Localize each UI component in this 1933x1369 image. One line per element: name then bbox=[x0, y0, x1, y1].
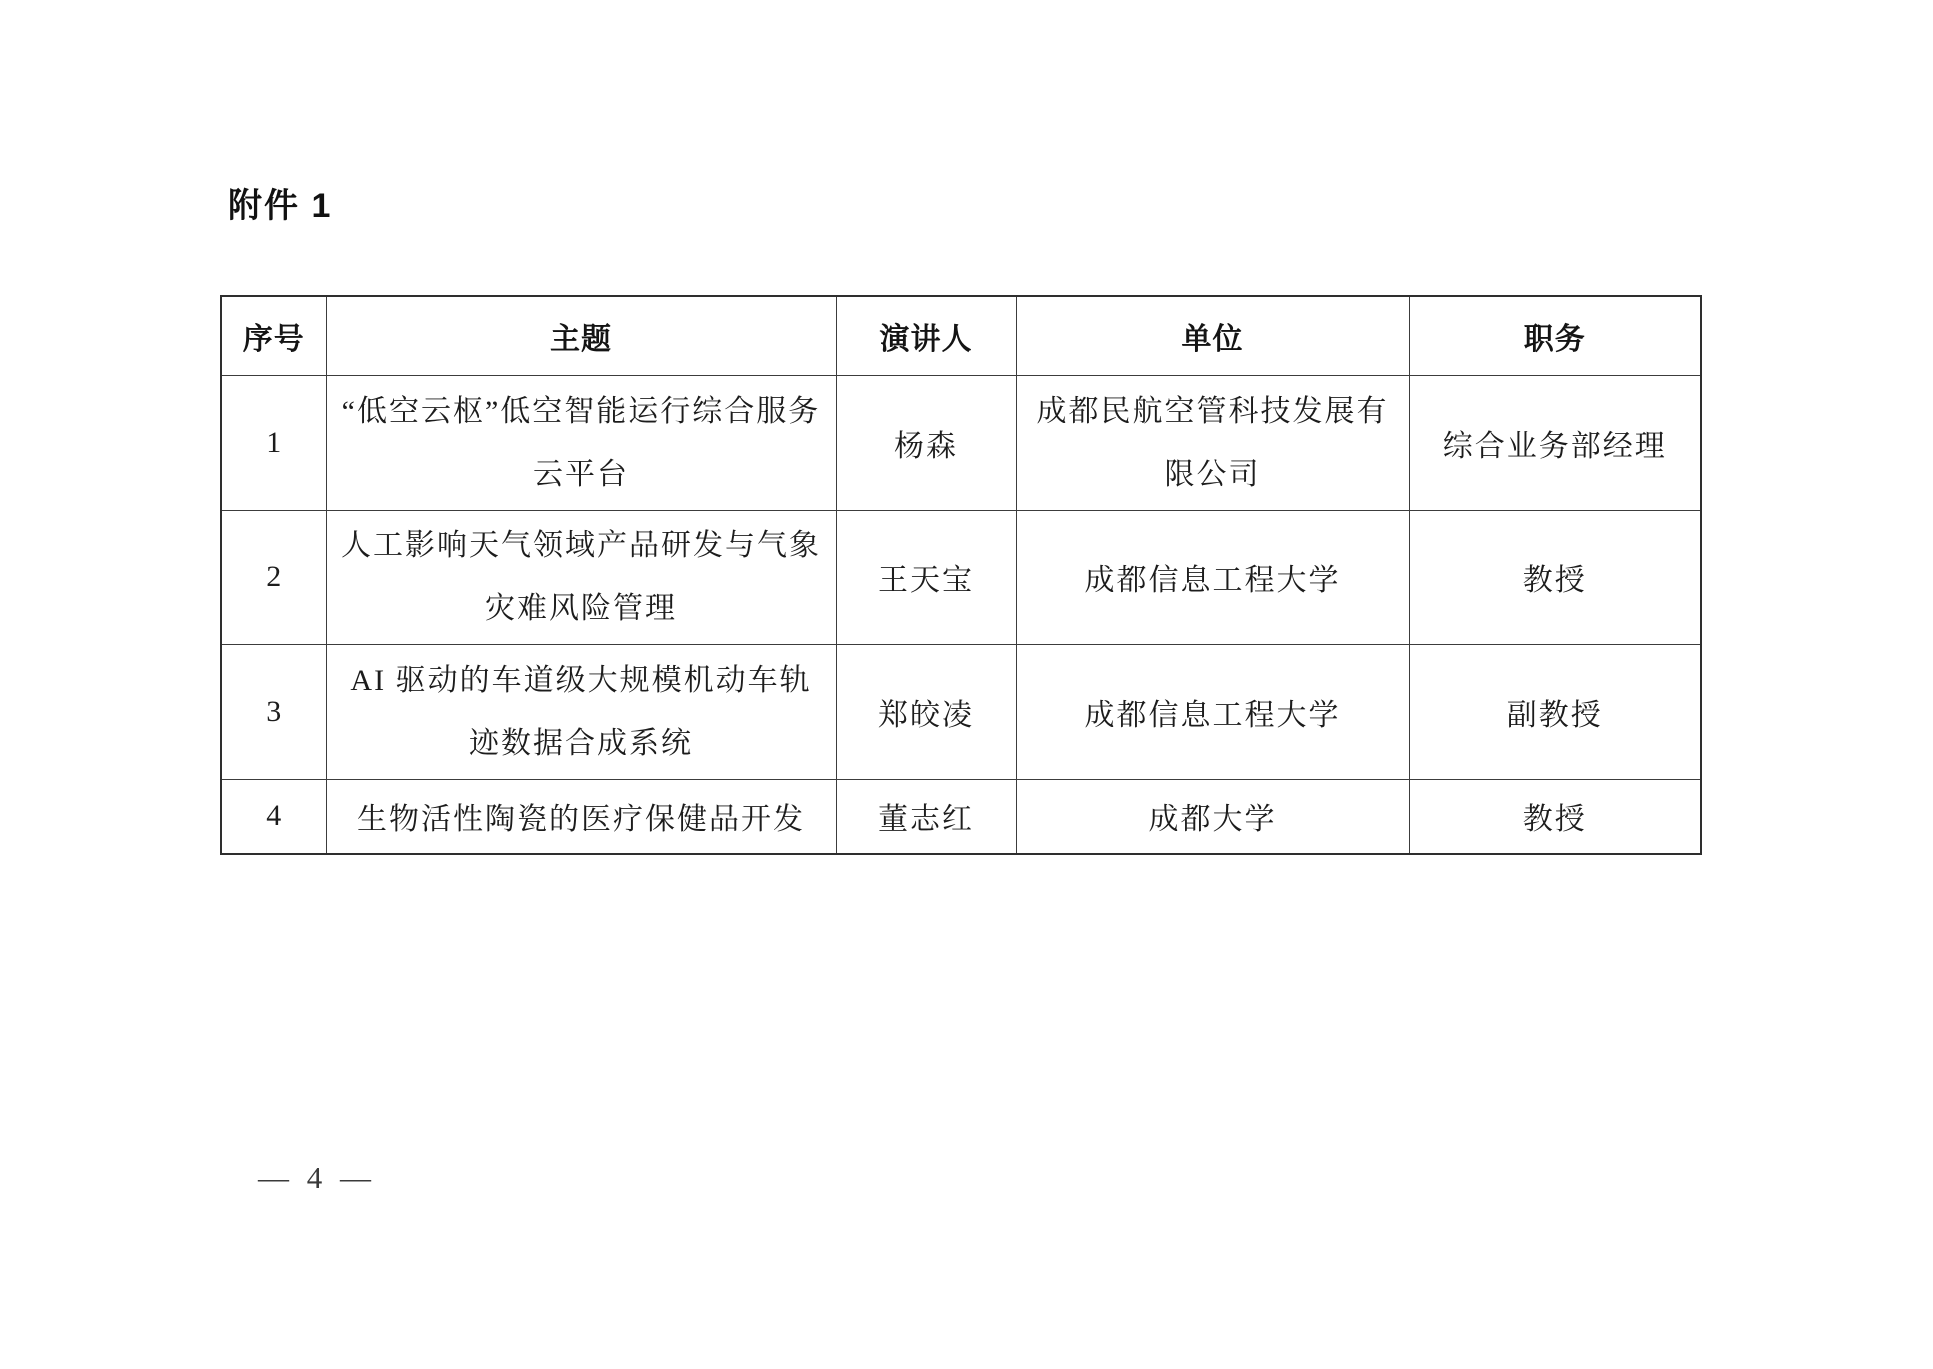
document-page: 附件 1 序号 主题 演讲人 单位 职务 1 “低空云枢”低空智能运行综合服务 … bbox=[0, 0, 1933, 1369]
topic-line: 迹数据合成系统 bbox=[469, 712, 693, 775]
topic-cell: “低空云枢”低空智能运行综合服务 云平台 bbox=[326, 375, 836, 510]
topic-line: 云平台 bbox=[533, 443, 629, 506]
header-cell-role: 职务 bbox=[1409, 296, 1701, 375]
role-name: 副教授 bbox=[1409, 644, 1701, 779]
speaker-name: 董志红 bbox=[836, 779, 1016, 854]
header-cell-speaker: 演讲人 bbox=[836, 296, 1016, 375]
row-number: 1 bbox=[221, 375, 326, 510]
table-header-row: 序号 主题 演讲人 单位 职务 bbox=[221, 296, 1701, 375]
unit-cell: 成都民航空管科技发展有 限公司 bbox=[1016, 375, 1409, 510]
unit-name: 成都大学 bbox=[1016, 779, 1409, 854]
table-row: 4 生物活性陶瓷的医疗保健品开发 董志红 成都大学 教授 bbox=[221, 779, 1701, 854]
speaker-name: 郑皎凌 bbox=[836, 644, 1016, 779]
topic-line: “低空云枢”低空智能运行综合服务 bbox=[342, 380, 821, 443]
header-cell-topic: 主题 bbox=[326, 296, 836, 375]
header-cell-number: 序号 bbox=[221, 296, 326, 375]
topic-line: AI 驱动的车道级大规模机动车轨 bbox=[350, 649, 811, 712]
table-row: 1 “低空云枢”低空智能运行综合服务 云平台 杨森 成都民航空管科技发展有 限公… bbox=[221, 375, 1701, 510]
speakers-table: 序号 主题 演讲人 单位 职务 1 “低空云枢”低空智能运行综合服务 云平台 杨… bbox=[220, 295, 1702, 855]
topic-cell: 生物活性陶瓷的医疗保健品开发 bbox=[326, 779, 836, 854]
topic-line: 人工影响天气领域产品研发与气象 bbox=[341, 514, 821, 577]
role-name: 教授 bbox=[1409, 510, 1701, 644]
unit-name: 成都信息工程大学 bbox=[1016, 644, 1409, 779]
role-name: 综合业务部经理 bbox=[1409, 375, 1701, 510]
table-row: 2 人工影响天气领域产品研发与气象 灾难风险管理 王天宝 成都信息工程大学 教授 bbox=[221, 510, 1701, 644]
role-name: 教授 bbox=[1409, 779, 1701, 854]
unit-line: 限公司 bbox=[1165, 443, 1261, 506]
row-number: 3 bbox=[221, 644, 326, 779]
topic-cell: AI 驱动的车道级大规模机动车轨 迹数据合成系统 bbox=[326, 644, 836, 779]
table-row: 3 AI 驱动的车道级大规模机动车轨 迹数据合成系统 郑皎凌 成都信息工程大学 … bbox=[221, 644, 1701, 779]
row-number: 2 bbox=[221, 510, 326, 644]
topic-cell: 人工影响天气领域产品研发与气象 灾难风险管理 bbox=[326, 510, 836, 644]
speaker-name: 杨森 bbox=[836, 375, 1016, 510]
unit-name: 成都信息工程大学 bbox=[1016, 510, 1409, 644]
unit-line: 成都民航空管科技发展有 bbox=[1037, 380, 1389, 443]
attachment-heading: 附件 1 bbox=[228, 178, 332, 227]
page-number: — 4 — bbox=[258, 1160, 376, 1196]
header-cell-unit: 单位 bbox=[1016, 296, 1409, 375]
speaker-name: 王天宝 bbox=[836, 510, 1016, 644]
topic-line: 灾难风险管理 bbox=[485, 577, 677, 640]
row-number: 4 bbox=[221, 779, 326, 854]
